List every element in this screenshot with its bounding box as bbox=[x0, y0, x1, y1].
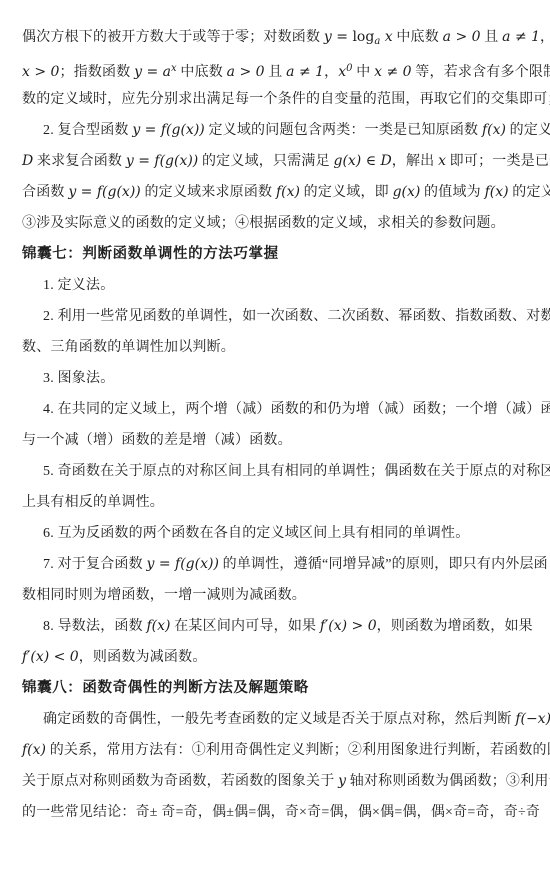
math-run: x bbox=[438, 153, 446, 169]
math-run: a > 0 bbox=[227, 64, 265, 80]
math-run: y = a bbox=[134, 64, 171, 80]
text-run: 的定义域 bbox=[506, 123, 550, 138]
text-run: 合函数 bbox=[22, 185, 68, 200]
math-run: f(x) bbox=[22, 742, 46, 758]
text-run: 的定义域来求原函数 bbox=[141, 185, 276, 200]
text-run: 2. 复合型函数 bbox=[43, 123, 132, 138]
math-run: g(x) ∈ D bbox=[333, 153, 391, 169]
text-line: 确定函数的奇偶性，一般先考查函数的定义域是否关于原点对称，然后判断 f(−x) … bbox=[22, 704, 534, 735]
text-run: 2. 利用一些常见函数的单调性，如一次函数、二次函数、幂函数、指数函数、对数函 bbox=[43, 309, 550, 324]
math-run: g(x) bbox=[393, 184, 421, 200]
math-run: f′(x) > 0 bbox=[320, 618, 377, 634]
text-run: 的值域为 bbox=[420, 185, 484, 200]
document-page: 偶次方根下的被开方数大于或等于零；对数函数 y = loga x 中底数 a >… bbox=[0, 0, 550, 886]
text-run: ，则函数为增函数，如果 bbox=[377, 619, 533, 634]
text-run: 上具有相反的单调性。 bbox=[22, 495, 164, 510]
math-run: y = bbox=[324, 29, 353, 45]
math-run: a ≠ 1 bbox=[286, 64, 324, 80]
text-run: 锦囊七：判断函数单调性的方法巧掌握 bbox=[22, 246, 279, 262]
text-line: 数、三角函数的单调性加以判断。 bbox=[22, 332, 534, 363]
text-run: ，则函数为减函数。 bbox=[79, 650, 207, 665]
text-run: 的关系，常用方法有：①利用奇偶性定义判断；②利用图象进行判断，若函数的图象 bbox=[46, 743, 550, 758]
math-run: x bbox=[380, 29, 392, 45]
text-run: ， bbox=[324, 65, 338, 80]
text-line: 上具有相反的单调性。 bbox=[22, 487, 534, 518]
math-run: y = f(g(x)) bbox=[68, 184, 140, 200]
text-run: 3. 图象法。 bbox=[43, 371, 114, 386]
text-line: 数相同时则为增函数，一增一减则为减函数。 bbox=[22, 580, 534, 611]
text-run: 中底数 bbox=[393, 30, 443, 45]
text-run: 5. 奇函数在关于原点的对称区间上具有相同的单调性；偶函数在关于原点的对称区间 bbox=[43, 464, 550, 479]
math-run: f(−x) bbox=[515, 711, 550, 727]
text-line: 6. 互为反函数的两个函数在各自的定义域区间上具有相同的单调性。 bbox=[22, 518, 534, 549]
text-line: 关于原点对称则函数为奇函数，若函数的图象关于 y 轴对称则函数为偶函数；③利用奇… bbox=[22, 766, 534, 797]
text-run: 1. 定义法。 bbox=[43, 278, 114, 293]
text-run: 数、三角函数的单调性加以判断。 bbox=[22, 340, 235, 355]
text-run: 轴对称则函数为偶函数；③利用奇偶性 bbox=[346, 774, 550, 789]
text-run: 关于原点对称则函数为奇函数，若函数的图象关于 bbox=[22, 774, 338, 789]
math-run: D bbox=[22, 153, 33, 169]
text-line: ③涉及实际意义的函数的定义域；④根据函数的定义域，求相关的参数问题。 bbox=[22, 208, 534, 239]
math-run: x > 0 bbox=[22, 64, 59, 80]
section-heading: 锦囊七：判断函数单调性的方法巧掌握 bbox=[22, 239, 534, 270]
math-run: y = f(g(x)) bbox=[132, 122, 204, 138]
text-run: 且 bbox=[481, 30, 503, 45]
document-body: 偶次方根下的被开方数大于或等于零；对数函数 y = loga x 中底数 a >… bbox=[22, 22, 534, 828]
text-line: 合函数 y = f(g(x)) 的定义域来求原函数 f(x) 的定义域，即 g(… bbox=[22, 177, 534, 208]
text-run: 中 bbox=[353, 65, 375, 80]
math-run: f(x) bbox=[485, 184, 509, 200]
text-run: 的一些常见结论：奇± 奇=奇，偶±偶=偶，奇×奇=偶，偶×偶=偶，偶×奇=奇，奇… bbox=[22, 805, 540, 820]
text-run: 来求复合函数 bbox=[33, 154, 126, 169]
text-line: 7. 对于复合函数 y = f(g(x)) 的单调性，遵循“同增异减”的原则，即… bbox=[22, 549, 534, 580]
text-line: f(x) 的关系，常用方法有：①利用奇偶性定义判断；②利用图象进行判断，若函数的… bbox=[22, 735, 534, 766]
text-run: 4. 在共同的定义域上，两个增（减）函数的和仍为增（减）函数；一个增（减）函数 bbox=[43, 402, 550, 417]
text-run: 6. 互为反函数的两个函数在各自的定义域区间上具有相同的单调性。 bbox=[43, 526, 469, 541]
text-line: 1. 定义法。 bbox=[22, 270, 534, 301]
text-line: D 来求复合函数 y = f(g(x)) 的定义域，只需满足 g(x) ∈ D，… bbox=[22, 146, 534, 177]
math-run: f(x) bbox=[276, 184, 300, 200]
text-run: 与一个减（增）函数的差是增（减）函数。 bbox=[22, 433, 292, 448]
text-line: 偶次方根下的被开方数大于或等于零；对数函数 y = loga x 中底数 a >… bbox=[22, 22, 534, 53]
text-run: 在某区间内可导，如果 bbox=[171, 619, 320, 634]
math-run: x bbox=[338, 64, 346, 80]
text-line: 5. 奇函数在关于原点的对称区间上具有相同的单调性；偶函数在关于原点的对称区间 bbox=[22, 456, 534, 487]
math-run: a > 0 bbox=[443, 29, 481, 45]
math-run: x ≠ 0 bbox=[374, 64, 411, 80]
math-run: f(x) bbox=[482, 122, 506, 138]
text-run: 的单调性，遵循“同增异减”的原则，即只有内外层函 bbox=[219, 557, 548, 572]
text-run: 的定义域，即 bbox=[300, 185, 393, 200]
math-run: y bbox=[338, 773, 346, 789]
text-run: 中底数 bbox=[177, 65, 227, 80]
math-run: f(x) bbox=[147, 618, 171, 634]
text-line: 3. 图象法。 bbox=[22, 363, 534, 394]
text-line: 的一些常见结论：奇± 奇=奇，偶±偶=偶，奇×奇=偶，偶×偶=偶，偶×奇=奇，奇… bbox=[22, 797, 534, 828]
text-run: 锦囊八：函数奇偶性的判断方法及解题策略 bbox=[22, 680, 309, 696]
section-heading: 锦囊八：函数奇偶性的判断方法及解题策略 bbox=[22, 673, 534, 704]
text-run: 8. 导数法，函数 bbox=[43, 619, 147, 634]
math-run: a ≠ 1 bbox=[502, 29, 540, 45]
text-run: 确定函数的奇偶性，一般先考查函数的定义域是否关于原点对称，然后判断 bbox=[43, 712, 515, 727]
text-line: x > 0；指数函数 y = ax 中底数 a > 0 且 a ≠ 1，x0 中… bbox=[22, 53, 534, 84]
math-run: log bbox=[352, 29, 374, 45]
text-run: 即可；一类是已知复 bbox=[446, 154, 550, 169]
text-line: f′(x) < 0，则函数为减函数。 bbox=[22, 642, 534, 673]
text-run: 偶次方根下的被开方数大于或等于零；对数函数 bbox=[22, 30, 324, 45]
text-run: 且 bbox=[265, 65, 287, 80]
text-run: 的定义域； bbox=[509, 185, 550, 200]
text-line: 数的定义域时，应先分别求出满足每一个条件的自变量的范围，再取它们的交集即可； bbox=[22, 84, 534, 115]
text-line: 8. 导数法，函数 f(x) 在某区间内可导，如果 f′(x) > 0，则函数为… bbox=[22, 611, 534, 642]
text-line: 与一个减（增）函数的差是增（减）函数。 bbox=[22, 425, 534, 456]
text-run: ③涉及实际意义的函数的定义域；④根据函数的定义域，求相关的参数问题。 bbox=[22, 216, 505, 231]
text-run: 定义域的问题包含两类：一类是已知原函数 bbox=[205, 123, 482, 138]
text-run: 的定义域，只需满足 bbox=[198, 154, 333, 169]
text-line: 2. 复合型函数 y = f(g(x)) 定义域的问题包含两类：一类是已知原函数… bbox=[22, 115, 534, 146]
text-run: 数相同时则为增函数，一增一减则为减函数。 bbox=[22, 588, 306, 603]
math-run: y = f(g(x)) bbox=[147, 556, 219, 572]
text-run: 数的定义域时，应先分别求出满足每一个条件的自变量的范围，再取它们的交集即可； bbox=[22, 92, 550, 107]
text-run: 等，若求含有多个限制条件的函 bbox=[412, 65, 550, 80]
text-run: 7. 对于复合函数 bbox=[43, 557, 147, 572]
text-run: ；指数函数 bbox=[59, 65, 134, 80]
text-run: ，真数 bbox=[540, 30, 550, 45]
text-line: 2. 利用一些常见函数的单调性，如一次函数、二次函数、幂函数、指数函数、对数函 bbox=[22, 301, 534, 332]
text-run: ，解出 bbox=[392, 154, 438, 169]
text-line: 4. 在共同的定义域上，两个增（减）函数的和仍为增（减）函数；一个增（减）函数 bbox=[22, 394, 534, 425]
math-run: y = f(g(x)) bbox=[126, 153, 198, 169]
math-run: f′(x) < 0 bbox=[22, 649, 79, 665]
